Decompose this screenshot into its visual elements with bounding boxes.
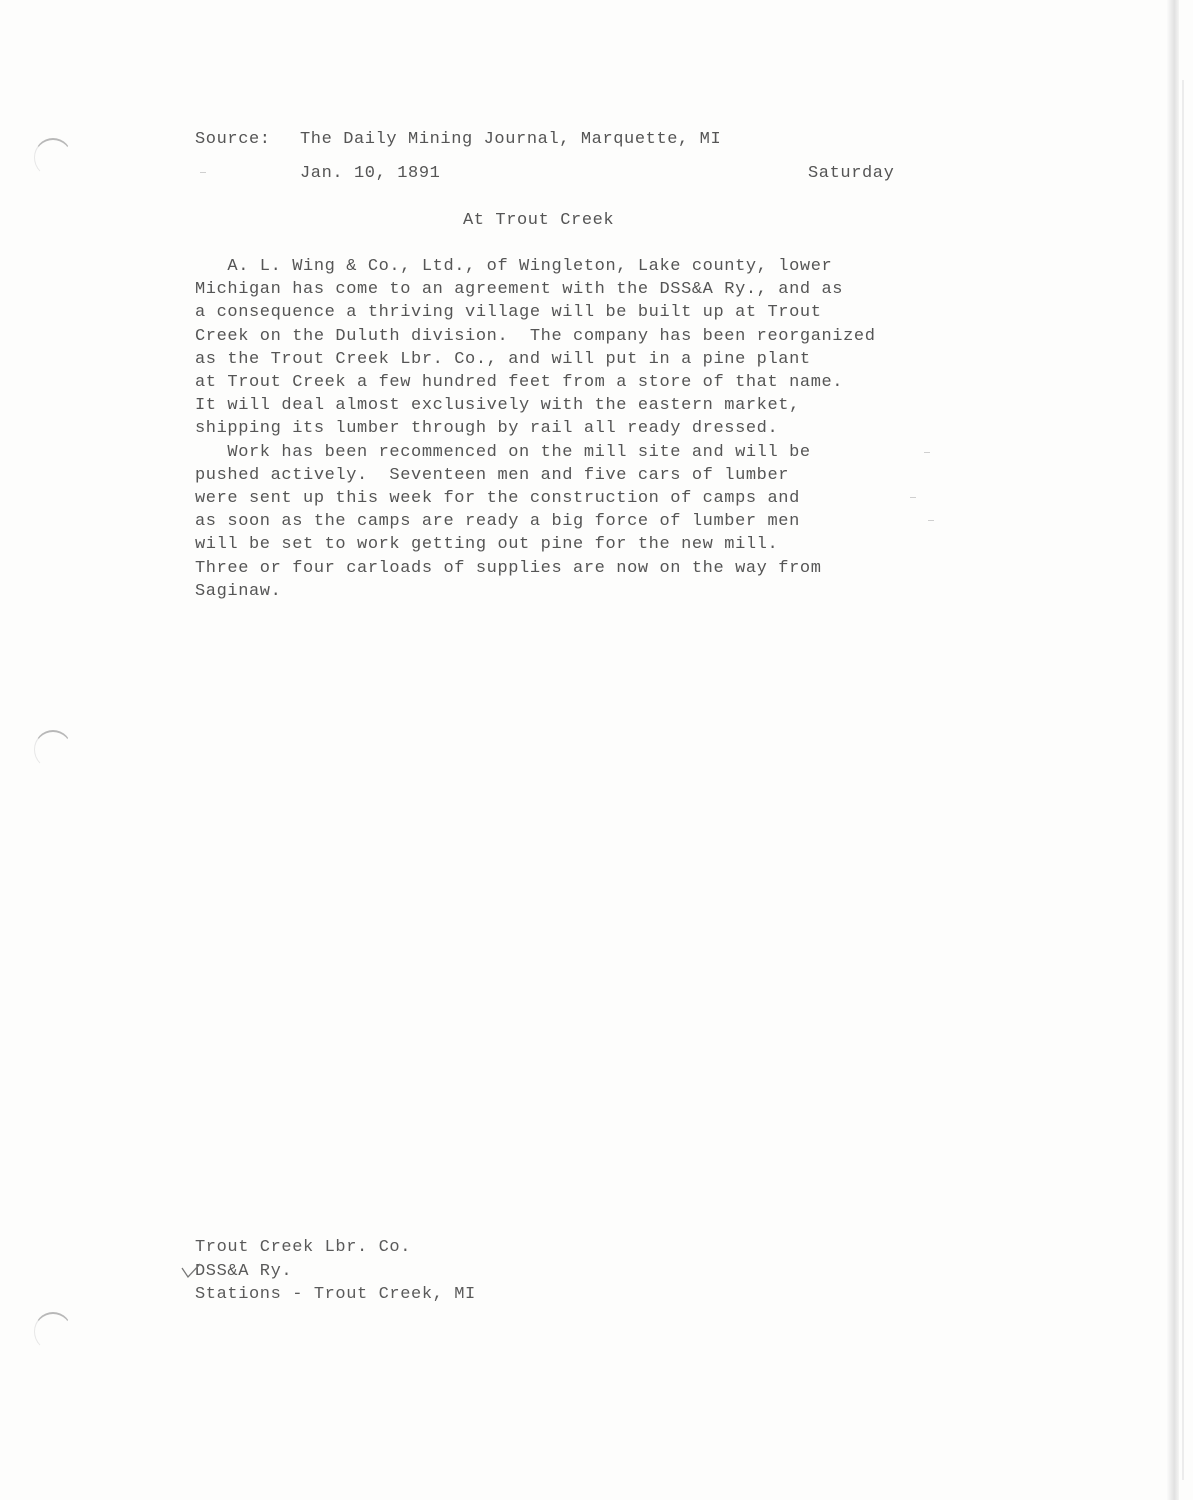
paper-speck (910, 497, 916, 498)
article-line: were sent up this week for the construct… (195, 487, 876, 510)
article-line: as soon as the camps are ready a big for… (195, 510, 876, 533)
publication-day: Saturday (808, 162, 894, 185)
hole-punch-mark (34, 730, 72, 769)
article-line: as the Trout Creek Lbr. Co., and will pu… (195, 348, 876, 371)
article-line: It will deal almost exclusively with the… (195, 394, 876, 417)
paper-speck (924, 452, 930, 453)
checkmark-icon (181, 1263, 201, 1279)
article-line: shipping its lumber through by rail all … (195, 417, 876, 440)
index-entries: Trout Creek Lbr. Co. DSS&A Ry. Stations … (195, 1236, 476, 1307)
article-line: will be set to work getting out pine for… (195, 533, 876, 556)
page-edge-shadow (1167, 0, 1179, 1500)
article-line: a consequence a thriving village will be… (195, 301, 876, 324)
document-page: Source: The Daily Mining Journal, Marque… (0, 0, 1193, 1500)
article-line: Three or four carloads of supplies are n… (195, 557, 876, 580)
article-line: Saginaw. (195, 580, 876, 603)
index-entry: Stations - Trout Creek, MI (195, 1283, 476, 1307)
article-line: Creek on the Duluth division. The compan… (195, 325, 876, 348)
paper-speck (928, 520, 934, 521)
article-body: A. L. Wing & Co., Ltd., of Wingleton, La… (195, 255, 876, 603)
article-line: Work has been recommenced on the mill si… (195, 441, 876, 464)
paper-speck (200, 172, 206, 173)
article-line: at Trout Creek a few hundred feet from a… (195, 371, 876, 394)
page-edge-line (1182, 80, 1184, 1480)
article-headline: At Trout Creek (463, 209, 614, 232)
source-label: Source: (195, 128, 271, 151)
source-publication: The Daily Mining Journal, Marquette, MI (300, 128, 721, 151)
article-line: Michigan has come to an agreement with t… (195, 278, 876, 301)
article-line: pushed actively. Seventeen men and five … (195, 464, 876, 487)
hole-punch-mark (34, 1312, 72, 1351)
article-line: A. L. Wing & Co., Ltd., of Wingleton, La… (195, 255, 876, 278)
index-entry: DSS&A Ry. (195, 1260, 476, 1284)
index-entry: Trout Creek Lbr. Co. (195, 1236, 476, 1260)
hole-punch-mark (34, 138, 72, 177)
publication-date: Jan. 10, 1891 (300, 162, 440, 185)
